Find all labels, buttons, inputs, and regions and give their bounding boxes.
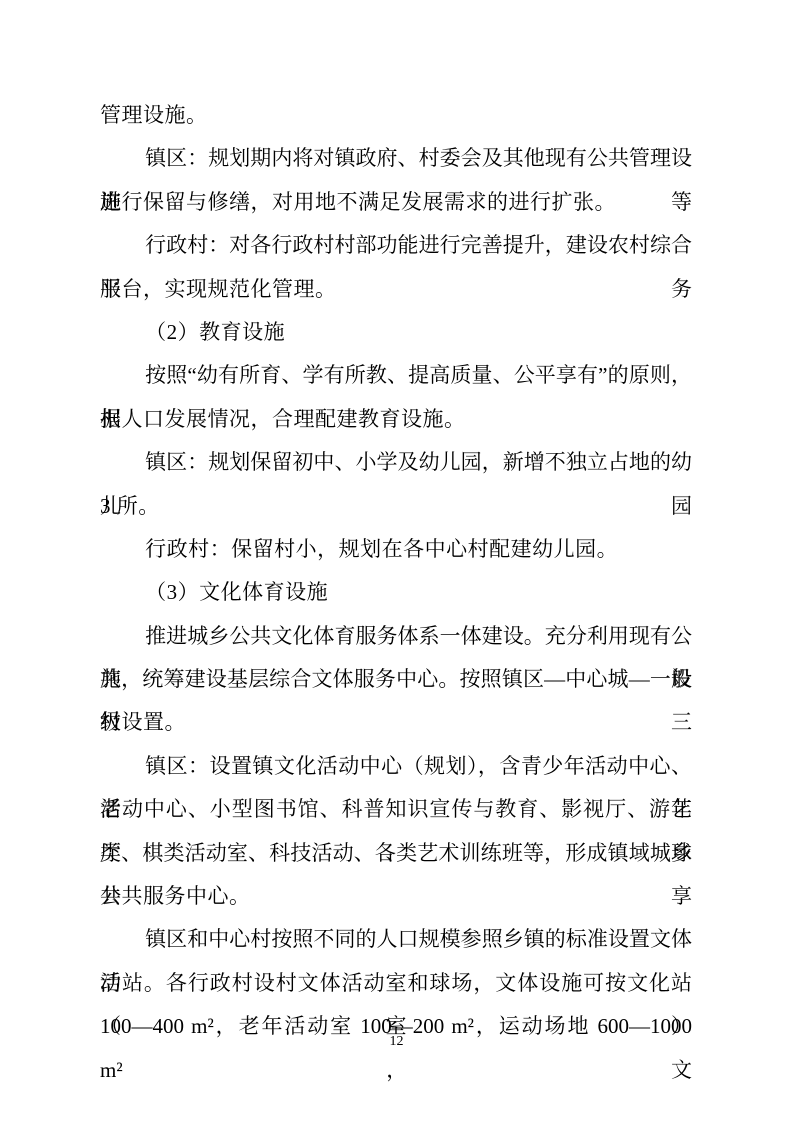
page-number: 12 <box>390 1034 404 1049</box>
text-line: 推进城乡公共文化体育服务体系一体建设。充分利用现有公共设 <box>100 615 692 658</box>
page-footer: 12 <box>0 1032 793 1052</box>
text-line: 管理设施。 <box>100 94 692 137</box>
document-body: 管理设施。镇区：规划期内将对镇政府、村委会及其他现有公共管理设施等进行保留与修缮… <box>100 94 692 1049</box>
text-line: 镇区：设置镇文化活动中心（规划），含青少年活动中心、老年 <box>100 745 692 788</box>
text-line: 据人口发展情况，合理配建教育设施。 <box>100 398 692 441</box>
text-line: （2）教育设施 <box>100 311 692 354</box>
text-line: 类、棋类活动室、科技活动、各类艺术训练班等，形成镇域城乡共享 <box>100 832 692 875</box>
text-line: 按照“幼有所育、学有所教、提高质量、公平享有”的原则，根 <box>100 354 692 397</box>
text-line: 行政村：保留村小，规划在各中心村配建幼儿园。 <box>100 528 692 571</box>
text-line: 镇区：规划期内将对镇政府、村委会及其他现有公共管理设施等 <box>100 137 692 180</box>
text-line: 施，统筹建设基层综合文体服务中心。按照镇区—中心城—一般村三 <box>100 658 692 701</box>
text-line: （3）文化体育设施 <box>100 571 692 614</box>
text-line: 动站。各行政村设村文体活动室和球场，文体设施可按文化站（室） <box>100 962 692 1005</box>
document-page: 管理设施。镇区：规划期内将对镇政府、村委会及其他现有公共管理设施等进行保留与修缮… <box>0 0 793 1122</box>
text-line: 镇区和中心村按照不同的人口规模参照乡镇的标准设置文体活 <box>100 918 692 961</box>
text-line: 镇区：规划保留初中、小学及幼儿园，新增不独立占地的幼儿园 <box>100 441 692 484</box>
text-line: 行政村：对各行政村村部功能进行完善提升，建设农村综合服务 <box>100 224 692 267</box>
text-line: 活动中心、小型图书馆、科普知识宣传与教育、影视厅、游艺厅、球 <box>100 788 692 831</box>
text-line: 进行保留与修缮，对用地不满足发展需求的进行扩张。 <box>100 181 692 224</box>
